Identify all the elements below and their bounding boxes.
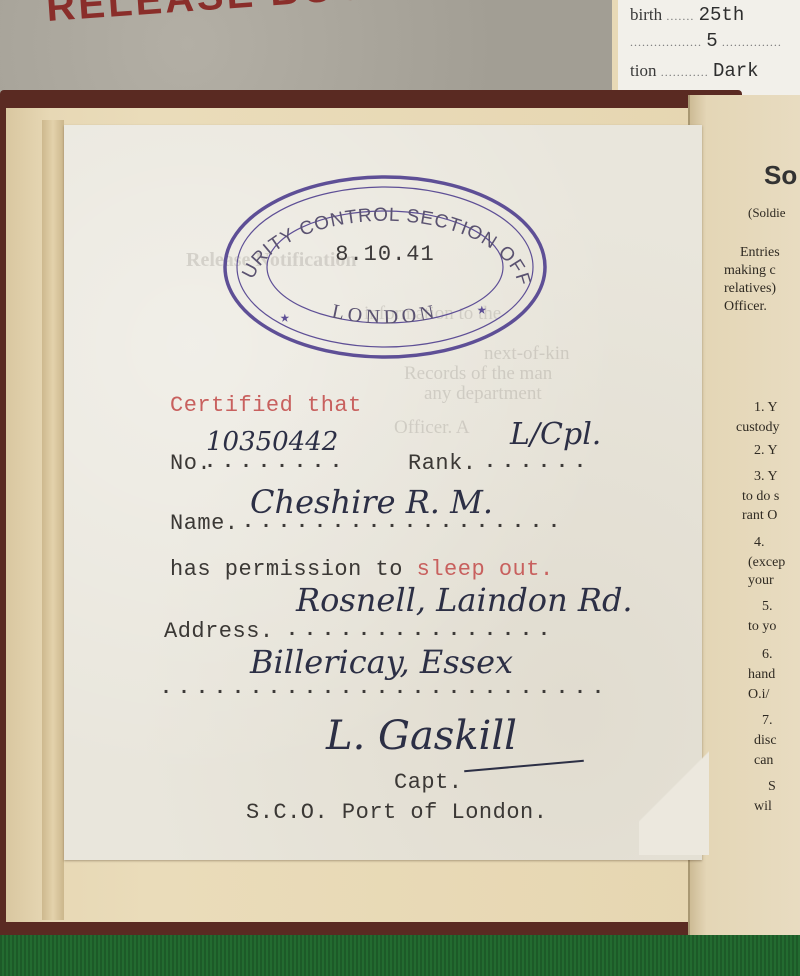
permission-label: has permission to	[170, 557, 403, 582]
release-book-title: RELEASE BOOK	[45, 0, 403, 31]
officer-signature: L. Gaskill	[326, 713, 517, 759]
right-page-text: making c	[724, 263, 776, 279]
svg-text:LONDON: LONDON	[330, 300, 440, 328]
oval-stamp-icon: SECURITY CONTROL SECTION OFFICE LONDON ★…	[220, 172, 550, 362]
show-through-text: Records of the man	[404, 363, 552, 385]
right-page-text: can	[754, 753, 773, 769]
right-page-text: custody	[736, 420, 780, 436]
svg-text:★: ★	[477, 301, 487, 319]
right-page-text: 7.	[762, 713, 773, 729]
right-page-text: 4.	[754, 535, 765, 551]
right-page-text: rant O	[742, 508, 777, 524]
signatory-rank: Capt.	[394, 770, 463, 795]
dotted-leader: ...............	[286, 619, 556, 642]
right-page-text: O.i/	[748, 687, 769, 703]
service-number-value: 10350442	[206, 427, 338, 457]
show-through-text: any department	[424, 383, 542, 405]
right-page-text: (excep	[748, 555, 785, 571]
name-label: Name.	[170, 511, 239, 536]
right-page-text: 1. Y	[754, 400, 778, 416]
right-page-subheading: (Soldie	[748, 205, 786, 221]
address-line-2: Billericay, Essex	[250, 643, 513, 681]
form-value: 25th	[699, 4, 745, 26]
permission-text: has permission to sleep out.	[170, 557, 554, 582]
sleep-out-pass: Release Notification information to the …	[64, 125, 702, 860]
right-page-text: disc	[754, 733, 777, 749]
name-value: Cheshire R. M.	[250, 483, 493, 521]
right-page-text: to yo	[748, 619, 776, 635]
right-page-text: Entries	[740, 245, 780, 261]
right-page-text: 5.	[762, 599, 773, 615]
form-label: tion	[630, 61, 656, 80]
page-gutter	[42, 120, 64, 920]
address-line-1: Rosnell, Laindon Rd.	[296, 581, 633, 619]
right-page-text: to do s	[742, 489, 779, 505]
permission-highlight: sleep out.	[417, 557, 554, 582]
right-page-heading: So	[764, 160, 797, 191]
svg-text:★: ★	[280, 309, 290, 327]
right-page-text: hand	[748, 667, 775, 683]
dotted-leader: ............	[661, 65, 709, 79]
curled-corner	[639, 735, 709, 855]
signatory-office: S.C.O. Port of London.	[246, 800, 547, 825]
show-through-text: Officer. A	[394, 417, 470, 439]
rank-label: Rank.	[408, 451, 477, 476]
form-row-complexion: tion ............ Dark	[630, 60, 759, 82]
right-page-text: relatives)	[724, 281, 776, 297]
certified-label: Certified that	[170, 393, 362, 418]
green-baize-surface	[0, 935, 800, 976]
right-page-text: 6.	[762, 647, 773, 663]
address-label: Address.	[164, 619, 274, 644]
form-value: 5	[706, 30, 717, 52]
right-page-text: your	[748, 573, 774, 589]
dotted-leader: ...............	[722, 35, 782, 49]
form-value: Dark	[713, 60, 759, 82]
rank-value: L/Cpl.	[510, 417, 601, 452]
right-page-text: Officer.	[724, 299, 767, 315]
form-row-birth: birth ....... 25th	[630, 4, 744, 26]
right-page-text: 3. Y	[754, 469, 778, 485]
signature-underline	[464, 760, 584, 772]
right-page-text: wil	[754, 799, 772, 815]
dotted-leader: ..................	[630, 35, 702, 49]
form-label: birth	[630, 5, 662, 24]
form-row-height: .................. 5 ...............	[630, 30, 782, 52]
dotted-leader: .......	[666, 9, 694, 23]
right-page-text: S	[768, 779, 776, 795]
right-page-text: 2. Y	[754, 443, 778, 459]
security-control-stamp: SECURITY CONTROL SECTION OFFICE LONDON ★…	[220, 172, 550, 362]
stamp-date: 8.10.41	[220, 242, 550, 267]
dotted-leader: ......	[484, 451, 592, 474]
